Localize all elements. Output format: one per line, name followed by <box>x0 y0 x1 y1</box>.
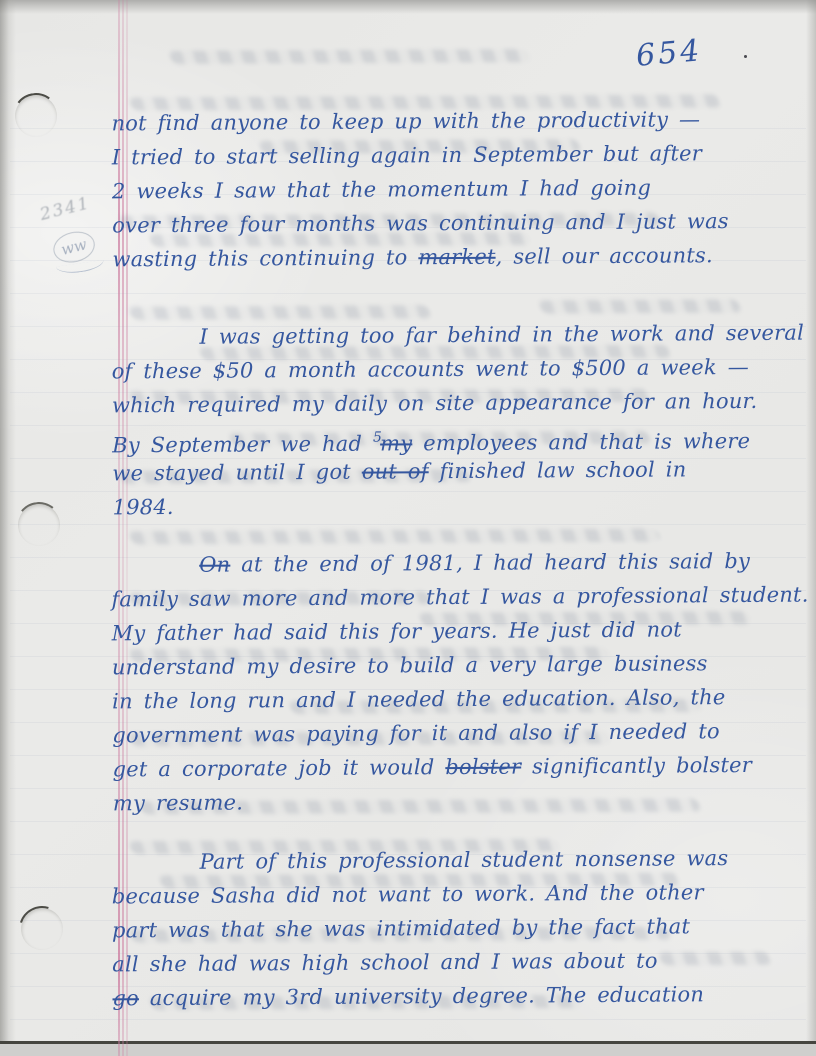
handwritten-text: because Sasha did not want to work. And … <box>112 880 704 908</box>
handwritten-text: By September we had <box>112 432 373 458</box>
handwritten-line: all she had was high school and I was ab… <box>112 943 802 982</box>
handwritten-line: I was getting too far behind in the work… <box>111 316 801 355</box>
handwritten-line: because Sasha did not want to work. And … <box>112 875 802 914</box>
handwritten-line: I tried to start selling again in Septem… <box>112 136 802 175</box>
struck-word: out of <box>362 459 429 483</box>
handwritten-line: By September we had 5my employees and th… <box>112 418 802 457</box>
handwritten-text: get a corporate job it would <box>113 755 446 781</box>
handwritten-text: government was paying for it and also if… <box>112 719 720 747</box>
page-number: 654 <box>635 33 704 74</box>
handwritten-text: understand my desire to build a very lar… <box>112 651 708 679</box>
handwritten-text: not find anyone to keep up with the prod… <box>111 107 700 135</box>
handwritten-line: Part of this professional student nonsen… <box>111 841 801 880</box>
handwritten-text: employees and that is where <box>412 429 750 455</box>
handwritten-line: which required my daily on site appearan… <box>112 384 802 423</box>
paragraph-1: not find anyone to keep up with the prod… <box>111 102 802 277</box>
ghost-text-smudge <box>168 49 531 64</box>
handwritten-line: government was paying for it and also if… <box>112 714 802 753</box>
handwritten-line: 2 weeks I saw that the momentum I had go… <box>112 170 802 209</box>
handwritten-text: significantly bolster <box>521 753 752 779</box>
struck-word: market <box>418 245 495 270</box>
scanned-handwritten-page: 2341 ww 654 not find anyone to keep up w… <box>0 0 816 1056</box>
handwritten-text: finished law school in <box>429 457 687 483</box>
handwritten-text: my resume. <box>113 790 243 815</box>
handwritten-line: 1984. <box>112 486 802 525</box>
handwritten-text: in the long run and I needed the educati… <box>112 685 725 713</box>
handwritten-text: part was that she was intimidated by the… <box>112 914 690 942</box>
paragraph-4: Part of this professional student nonsen… <box>111 841 802 1016</box>
handwritten-line: we stayed until I got out of finished la… <box>112 452 802 491</box>
scan-edge-left <box>0 0 16 1056</box>
paragraph-2: I was getting too far behind in the work… <box>111 316 802 525</box>
handwritten-text: 2 weeks I saw that the momentum I had go… <box>112 176 651 204</box>
handwritten-line: my resume. <box>113 782 803 821</box>
struck-word: my <box>380 431 412 455</box>
handwritten-text: at the end of 1981, I had heard this sai… <box>230 549 750 577</box>
handwritten-text: I tried to start selling again in Septem… <box>112 141 702 169</box>
handwritten-line: over three four months was continuing an… <box>112 204 802 243</box>
handwritten-line: go acquire my 3rd university degree. The… <box>112 977 802 1016</box>
handwritten-text: 1984. <box>113 495 174 519</box>
handwritten-line: family saw more and more that I was a pr… <box>111 578 801 617</box>
handwritten-text: all she had was high school and I was ab… <box>112 949 658 977</box>
handwritten-line: wasting this continuing to market, sell … <box>112 238 802 277</box>
struck-word: bolster <box>445 755 521 780</box>
handwritten-text: of these $50 a month accounts went to $5… <box>112 355 749 383</box>
handwritten-line: in the long run and I needed the educati… <box>112 680 802 719</box>
ghost-text-smudge <box>129 529 662 545</box>
handwritten-text: family saw more and more that I was a pr… <box>111 583 808 612</box>
handwritten-text: we stayed until I got <box>112 460 362 486</box>
ink-dot <box>744 55 747 58</box>
ghost-text-smudge <box>538 299 741 313</box>
handwritten-line: understand my desire to build a very lar… <box>112 646 802 685</box>
handwritten-text: , sell our accounts. <box>496 243 713 269</box>
handwritten-text: over three four months was continuing an… <box>112 209 729 237</box>
handwritten-line: of these $50 a month accounts went to $5… <box>112 350 802 389</box>
handwritten-line: get a corporate job it would bolster sig… <box>112 748 802 787</box>
handwritten-text: acquire my 3rd university degree. The ed… <box>139 982 704 1010</box>
struck-word: go <box>112 986 139 1010</box>
handwritten-line: On at the end of 1981, I had heard this … <box>111 544 801 583</box>
handwritten-text: wasting this continuing to <box>112 245 418 271</box>
handwritten-text: I was getting too far behind in the work… <box>199 321 804 349</box>
struck-word: On <box>199 553 230 577</box>
paragraph-3: On at the end of 1981, I had heard this … <box>111 544 803 821</box>
handwritten-text: Part of this professional student nonsen… <box>199 846 728 874</box>
handwritten-text: which required my daily on site appearan… <box>112 389 758 418</box>
handwritten-text: My father had said this for years. He ju… <box>112 617 682 645</box>
scan-edge-right <box>806 0 816 1056</box>
handwritten-line: part was that she was intimidated by the… <box>112 909 802 948</box>
handwritten-line: not find anyone to keep up with the prod… <box>111 102 801 141</box>
handwritten-line: My father had said this for years. He ju… <box>112 612 802 651</box>
